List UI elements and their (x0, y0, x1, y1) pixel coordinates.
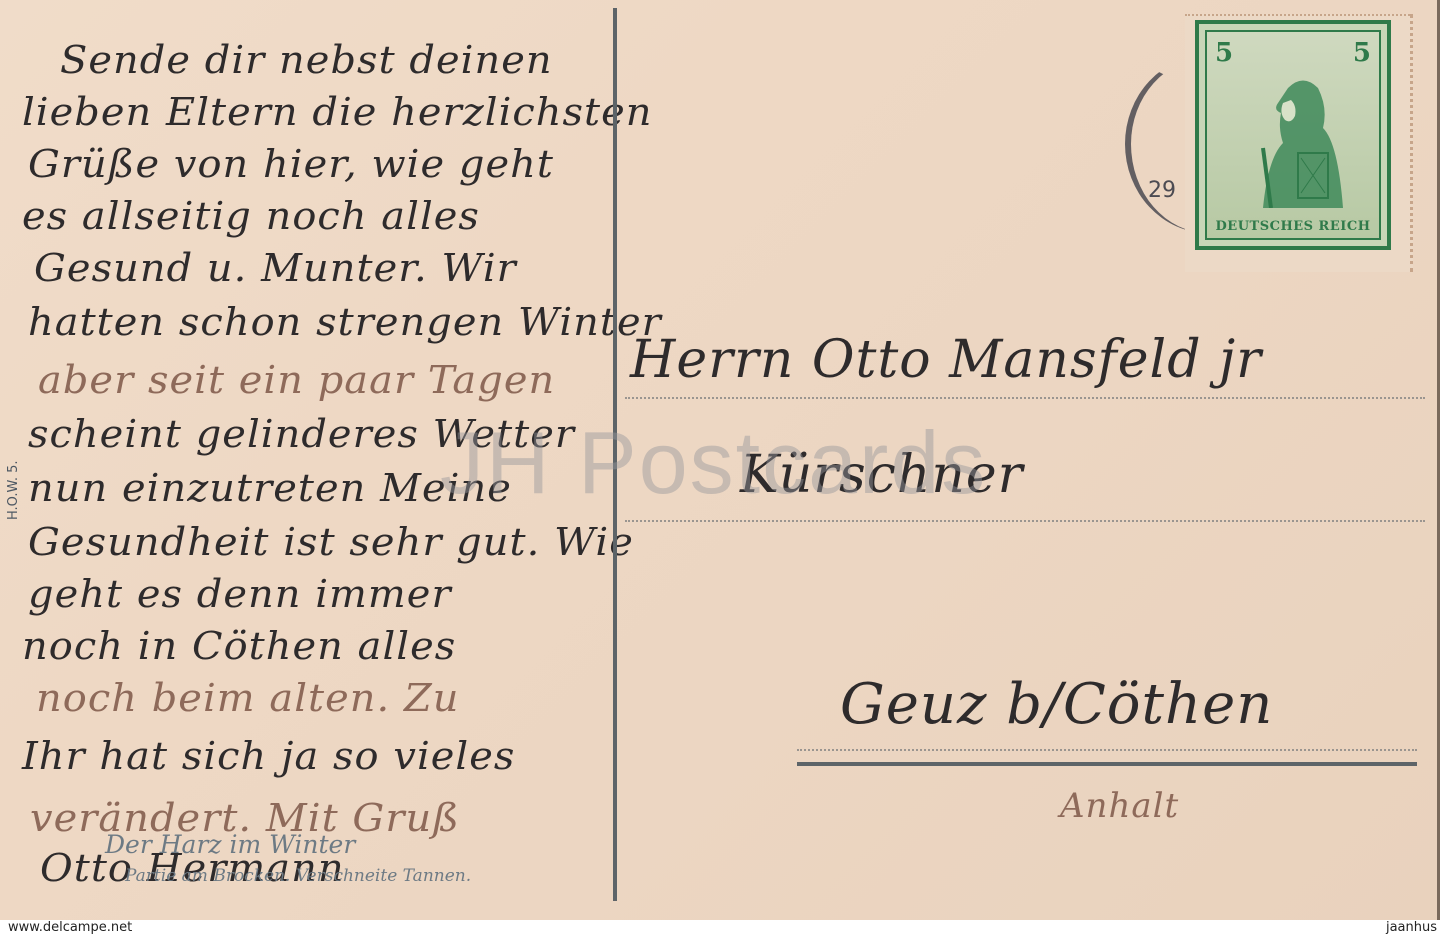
stamp-label: DEUTSCHES REICH (1207, 219, 1379, 234)
message-line: aber seit ein paar Tagen (38, 358, 555, 402)
message-line: lieben Eltern die herzlichsten (22, 90, 653, 134)
message-line: Grüße von hier, wie geht (28, 142, 554, 186)
address-recipient: Herrn Otto Mansfeld jr (630, 330, 1262, 390)
message-line: Ihr hat sich ja so vieles (22, 734, 515, 778)
bottom-margin (0, 920, 1445, 938)
postage-stamp: 5 5 DEUTSCHES REICH (1195, 20, 1391, 250)
address-line-3-rule (797, 749, 1417, 751)
postcard: Sende dir nebst deinen lieben Eltern die… (0, 0, 1440, 922)
postmark-date: 29 (1148, 178, 1176, 203)
stamp-value-right: 5 (1353, 38, 1371, 68)
watermark: JH Postcards (440, 412, 987, 514)
message-line: Sende dir nebst deinen (60, 38, 553, 82)
message-line: es allseitig noch alles (22, 194, 480, 238)
address-town: Geuz b/Cöthen (840, 672, 1273, 737)
stamp-frame: 5 5 DEUTSCHES REICH (1205, 30, 1381, 240)
credit-left: www.delcampe.net (8, 920, 132, 935)
publisher-code: H.O.W. 5. (6, 460, 21, 520)
message-line: noch beim alten. Zu (36, 676, 460, 720)
stamp-value-left: 5 (1215, 38, 1233, 68)
address-solid-rule (797, 762, 1417, 766)
germania-portrait-icon (1243, 68, 1353, 208)
address-region: Anhalt (1060, 786, 1179, 826)
address-line-1-rule (625, 397, 1425, 399)
caption-subtitle: Partie am Brocken. Verschneite Tannen. (125, 866, 471, 886)
message-line: noch in Cöthen alles (22, 624, 456, 668)
message-line: geht es denn immer (28, 572, 452, 616)
message-line: Gesund u. Munter. Wir (34, 246, 517, 290)
address-line-2-rule (625, 520, 1425, 522)
credit-right: jaanhus (1386, 920, 1437, 935)
message-line: hatten schon strengen Winter (28, 300, 662, 344)
message-line: Gesundheit ist sehr gut. Wie (28, 520, 634, 564)
caption-title: Der Harz im Winter (105, 830, 355, 859)
